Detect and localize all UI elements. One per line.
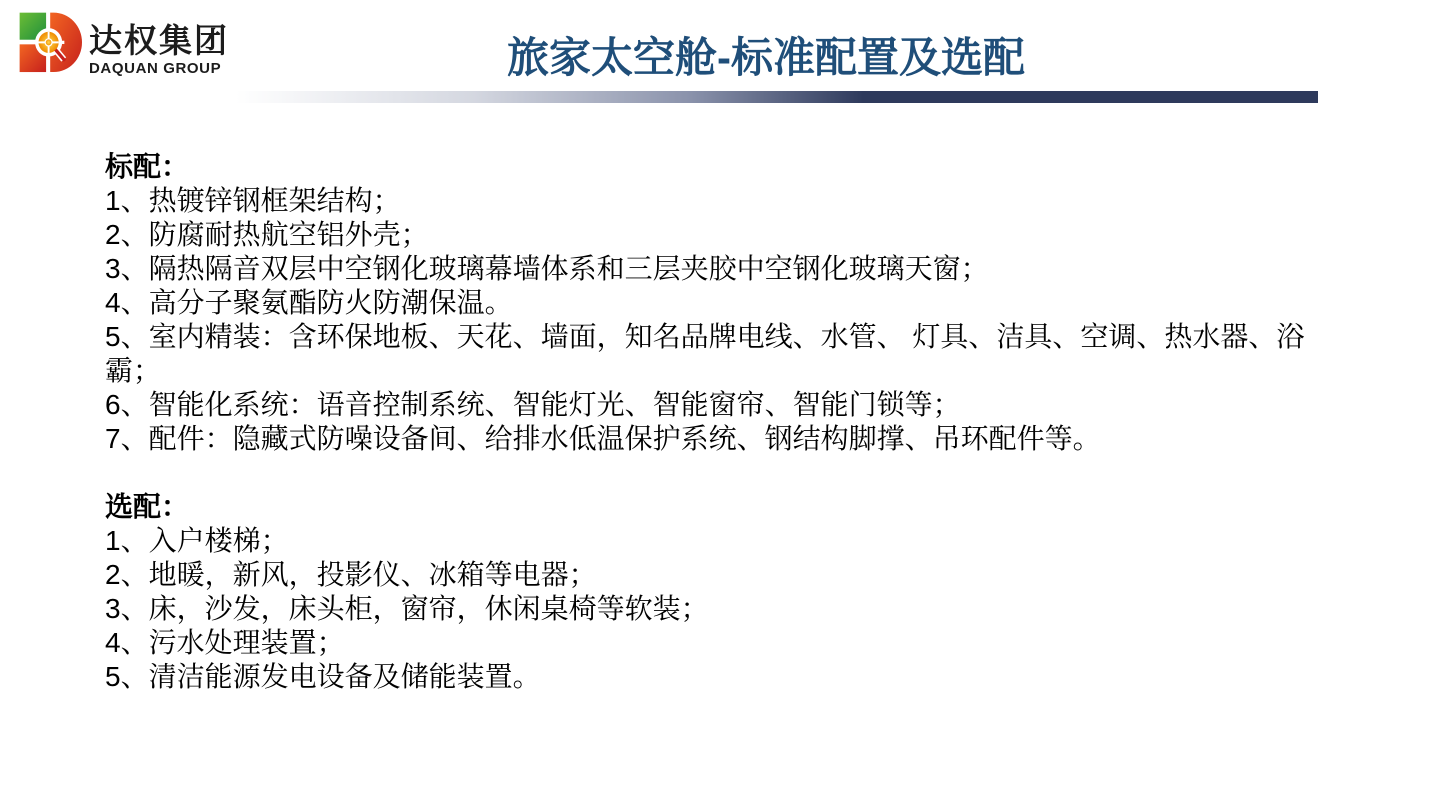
config-sections: 标配：1、热镀锌钢框架结构；2、防腐耐热航空铝外壳；3、隔热隔音双层中空钢化玻璃… [105,150,1321,694]
config-item: 6、智能化系统：语音控制系统、智能灯光、智能窗帘、智能门锁等； [105,388,1321,422]
config-item: 1、入户楼梯； [105,524,1321,558]
slide: 达权集团 DAQUAN GROUP 旅家太空舱-标准配置及选配 标配：1、热镀锌… [0,0,1440,810]
config-item: 2、地暖，新风，投影仪、冰箱等电器； [105,558,1321,592]
config-item: 2、防腐耐热航空铝外壳； [105,218,1321,252]
config-item: 5、清洁能源发电设备及储能装置。 [105,660,1321,694]
config-item: 7、配件：隐藏式防噪设备间、给排水低温保护系统、钢结构脚撑、吊环配件等。 [105,422,1321,456]
config-item: 4、污水处理装置； [105,626,1321,660]
config-item: 3、床，沙发，床头柜，窗帘，休闲桌椅等软装； [105,592,1321,626]
title-divider [236,91,1318,103]
config-section: 标配：1、热镀锌钢框架结构；2、防腐耐热航空铝外壳；3、隔热隔音双层中空钢化玻璃… [105,150,1321,456]
config-item: 1、热镀锌钢框架结构； [105,184,1321,218]
section-heading: 标配： [105,150,1321,184]
config-section: 选配：1、入户楼梯；2、地暖，新风，投影仪、冰箱等电器；3、床，沙发，床头柜，窗… [105,490,1321,694]
config-item: 5、室内精装：含环保地板、天花、墙面，知名品牌电线、水管、 灯具、洁具、空调、热… [105,320,1321,388]
page-title: 旅家太空舱-标准配置及选配 [0,34,1440,82]
section-heading: 选配： [105,490,1321,524]
config-item: 4、高分子聚氨酯防火防潮保温。 [105,286,1321,320]
config-item: 3、隔热隔音双层中空钢化玻璃幕墙体系和三层夹胶中空钢化玻璃天窗； [105,252,1321,286]
